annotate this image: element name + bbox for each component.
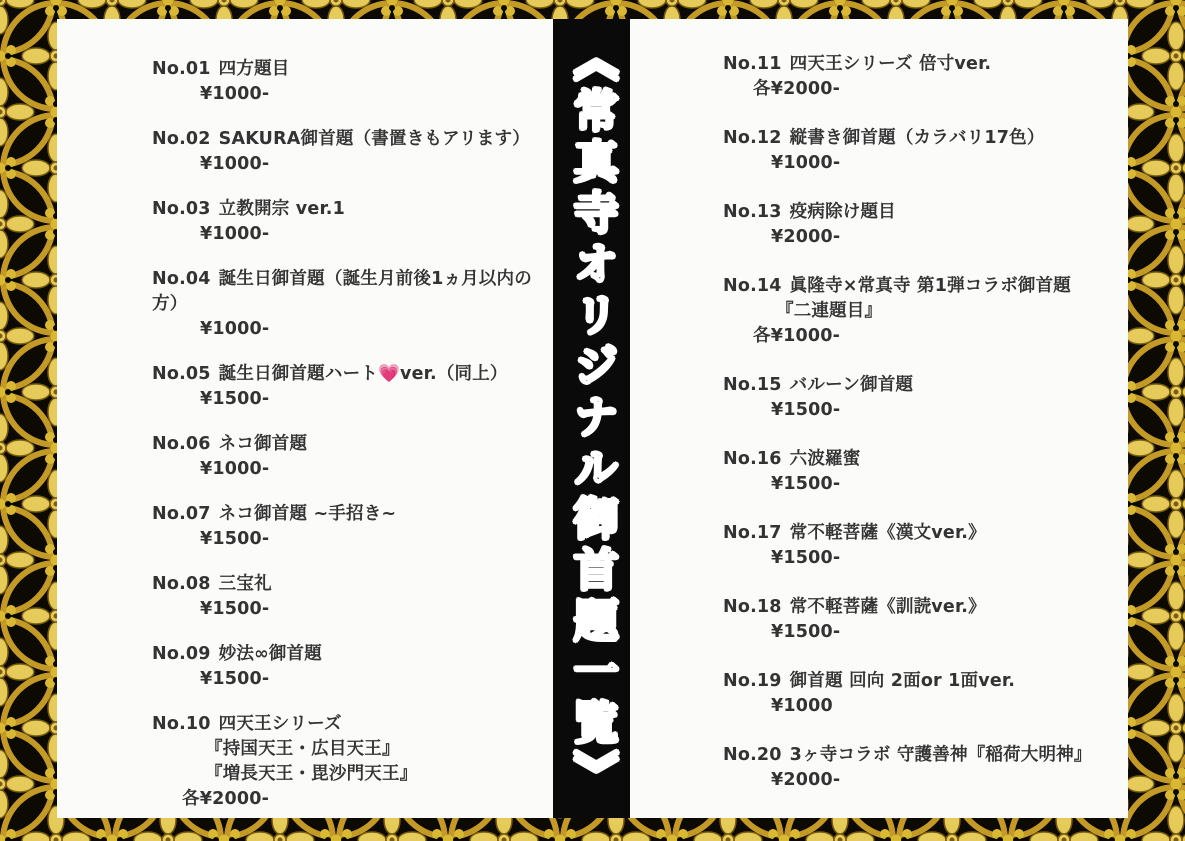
menu-item: No.14眞隆寺×常真寺 第1弾コラボ御首題『二連題目』各¥1000- [723, 274, 1125, 349]
item-price: ¥2000- [723, 768, 1125, 793]
item-title: No.03立教開宗 ver.1 [152, 197, 547, 222]
item-title: No.14眞隆寺×常真寺 第1弾コラボ御首題 [723, 274, 1125, 299]
item-number: No.06 [152, 434, 211, 454]
menu-item: No.07ネコ御首題 ~手招き~¥1500- [152, 502, 547, 552]
item-price: ¥1500- [723, 546, 1125, 571]
menu-item: No.12縦書き御首題（カラバリ17色）¥1000- [723, 126, 1125, 176]
menu-item: No.02SAKURA御首題（書置きもアリます）¥1000- [152, 127, 547, 177]
item-price: ¥1500- [723, 620, 1125, 645]
item-title: No.04誕生日御首題（誕生月前後1ヵ月以内の方） [152, 267, 547, 317]
item-name: 常不軽菩薩《漢文ver.》 [790, 523, 986, 543]
item-name: 四天王シリーズ [219, 714, 342, 734]
item-title: No.07ネコ御首題 ~手招き~ [152, 502, 547, 527]
menu-item: No.19御首題 回向 2面or 1面ver.¥1000 [723, 669, 1125, 719]
menu-item: No.17常不軽菩薩《漢文ver.》¥1500- [723, 521, 1125, 571]
item-title: No.06ネコ御首題 [152, 432, 547, 457]
item-price: ¥1500- [723, 472, 1125, 497]
item-name: 六波羅蜜 [790, 449, 861, 469]
item-title: No.203ヶ寺コラボ 守護善神『稲荷大明神』 [723, 743, 1125, 768]
item-name: SAKURA御首題（書置きもアリます） [219, 129, 530, 149]
menu-item: No.11四天王シリーズ 倍寸ver.各¥2000- [723, 52, 1125, 102]
menu-item: No.09妙法∞御首題¥1500- [152, 642, 547, 692]
item-number: No.19 [723, 671, 782, 691]
item-title: No.10四天王シリーズ [152, 712, 547, 737]
item-title: No.09妙法∞御首題 [152, 642, 547, 667]
price-list-left: No.01四方題目¥1000-No.02SAKURA御首題（書置きもアリます）¥… [152, 57, 547, 832]
item-price: ¥1500- [152, 597, 547, 622]
item-price: 各¥2000- [152, 787, 547, 812]
item-price: ¥1000- [152, 317, 547, 342]
item-number: No.12 [723, 128, 782, 148]
menu-item: No.04誕生日御首題（誕生月前後1ヵ月以内の方）¥1000- [152, 267, 547, 342]
item-price: 各¥2000- [723, 77, 1125, 102]
item-number: No.01 [152, 59, 211, 79]
item-title: No.16六波羅蜜 [723, 447, 1125, 472]
item-price: ¥1000- [152, 222, 547, 247]
item-name: 疫病除け題目 [790, 202, 896, 222]
item-number: No.16 [723, 449, 782, 469]
item-price: ¥2000- [723, 225, 1125, 250]
item-name: ネコ御首題 [219, 434, 308, 454]
menu-item: No.18常不軽菩薩《訓読ver.》¥1500- [723, 595, 1125, 645]
item-title: No.17常不軽菩薩《漢文ver.》 [723, 521, 1125, 546]
item-title: No.12縦書き御首題（カラバリ17色） [723, 126, 1125, 151]
item-name: 四天王シリーズ 倍寸ver. [790, 54, 992, 74]
item-name: 妙法∞御首題 [219, 644, 322, 664]
item-price: ¥1000- [152, 457, 547, 482]
page-title: 《常真寺オリジナル御首題一覧》 [562, 36, 621, 801]
item-number: No.04 [152, 269, 211, 289]
menu-item: No.08三宝礼¥1500- [152, 572, 547, 622]
menu-item: No.05誕生日御首題ハート💗ver.（同上）¥1500- [152, 362, 547, 412]
menu-item: No.06ネコ御首題¥1000- [152, 432, 547, 482]
item-name: 四方題目 [219, 59, 290, 79]
item-title: No.01四方題目 [152, 57, 547, 82]
item-price: ¥1500- [152, 387, 547, 412]
item-price: ¥1000 [723, 694, 1125, 719]
item-title: No.11四天王シリーズ 倍寸ver. [723, 52, 1125, 77]
item-number: No.11 [723, 54, 782, 74]
item-number: No.05 [152, 364, 211, 384]
item-number: No.02 [152, 129, 211, 149]
item-number: No.20 [723, 745, 782, 765]
item-title: No.08三宝礼 [152, 572, 547, 597]
item-number: No.14 [723, 276, 782, 296]
item-subtitle: 『二連題目』 [723, 299, 1125, 324]
item-title: No.18常不軽菩薩《訓読ver.》 [723, 595, 1125, 620]
item-name: ネコ御首題 ~手招き~ [219, 504, 397, 524]
item-number: No.13 [723, 202, 782, 222]
price-list-right: No.11四天王シリーズ 倍寸ver.各¥2000-No.12縦書き御首題（カラ… [723, 52, 1125, 817]
item-number: No.03 [152, 199, 211, 219]
item-title: No.15バルーン御首題 [723, 373, 1125, 398]
menu-item: No.15バルーン御首題¥1500- [723, 373, 1125, 423]
item-number: No.10 [152, 714, 211, 734]
menu-item: No.10四天王シリーズ『持国天王・広目天王』『増長天王・毘沙門天王』各¥200… [152, 712, 547, 812]
item-title: No.19御首題 回向 2面or 1面ver. [723, 669, 1125, 694]
item-title: No.05誕生日御首題ハート💗ver.（同上） [152, 362, 547, 387]
item-name: 誕生日御首題ハート💗ver.（同上） [219, 364, 508, 384]
item-subtitle: 『増長天王・毘沙門天王』 [152, 762, 547, 787]
item-name: 3ヶ寺コラボ 守護善神『稲荷大明神』 [790, 745, 1092, 765]
item-price: ¥1500- [152, 667, 547, 692]
item-number: No.07 [152, 504, 211, 524]
item-title: No.13疫病除け題目 [723, 200, 1125, 225]
item-name: バルーン御首題 [790, 375, 914, 395]
item-name: 御首題 回向 2面or 1面ver. [790, 671, 1015, 691]
item-name: 三宝礼 [219, 574, 272, 594]
item-price: ¥1000- [152, 82, 547, 107]
item-price: ¥1000- [152, 152, 547, 177]
item-name: 常不軽菩薩《訓読ver.》 [790, 597, 986, 617]
item-name: 眞隆寺×常真寺 第1弾コラボ御首題 [790, 276, 1071, 296]
menu-item: No.13疫病除け題目¥2000- [723, 200, 1125, 250]
menu-item: No.16六波羅蜜¥1500- [723, 447, 1125, 497]
item-name: 縦書き御首題（カラバリ17色） [790, 128, 1045, 148]
item-number: No.09 [152, 644, 211, 664]
item-number: No.15 [723, 375, 782, 395]
item-name: 立教開宗 ver.1 [219, 199, 345, 219]
item-number: No.17 [723, 523, 782, 543]
item-number: No.18 [723, 597, 782, 617]
title-banner: 《常真寺オリジナル御首題一覧》 [553, 19, 630, 818]
item-price: 各¥1000- [723, 324, 1125, 349]
item-title: No.02SAKURA御首題（書置きもアリます） [152, 127, 547, 152]
menu-item: No.03立教開宗 ver.1¥1000- [152, 197, 547, 247]
menu-item: No.203ヶ寺コラボ 守護善神『稲荷大明神』¥2000- [723, 743, 1125, 793]
item-price: ¥1500- [723, 398, 1125, 423]
item-subtitle: 『持国天王・広目天王』 [152, 737, 547, 762]
item-price: ¥1500- [152, 527, 547, 552]
item-number: No.08 [152, 574, 211, 594]
item-price: ¥1000- [723, 151, 1125, 176]
menu-item: No.01四方題目¥1000- [152, 57, 547, 107]
